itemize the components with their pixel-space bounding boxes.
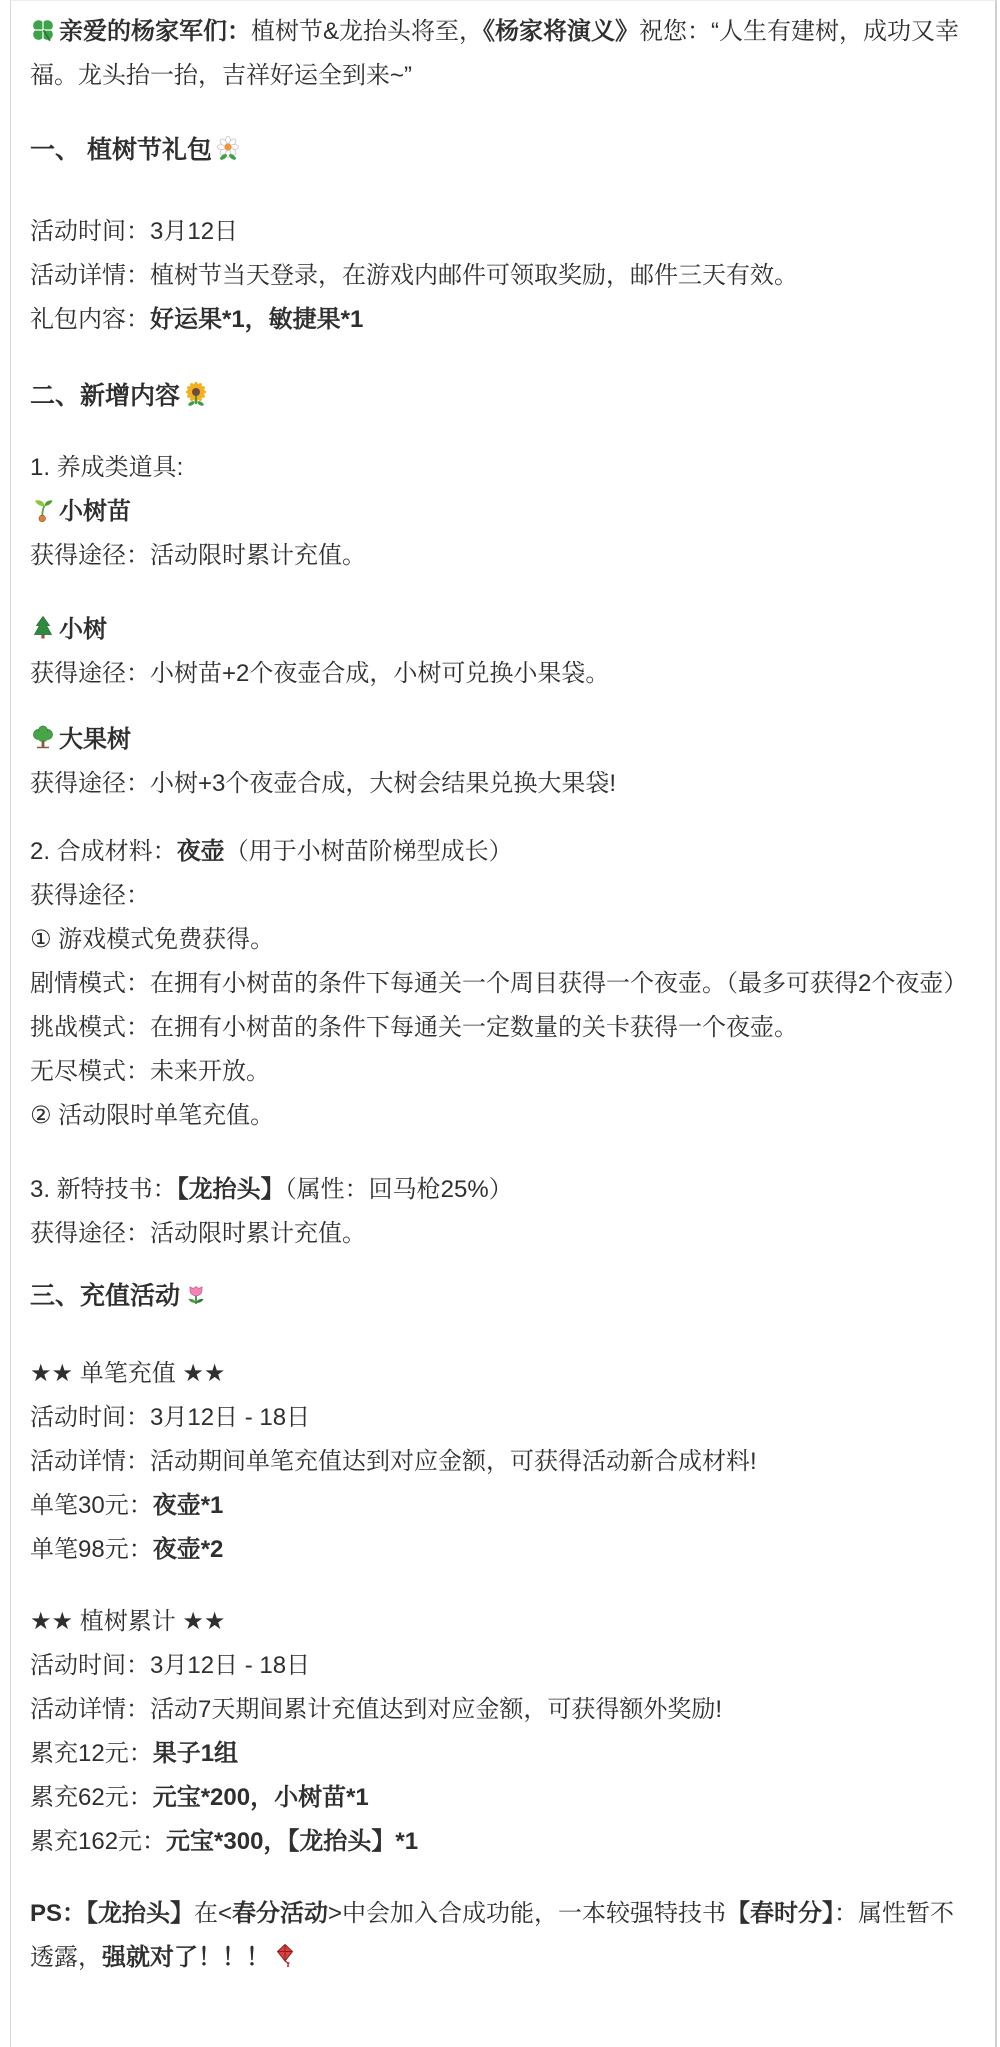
material-label: 2. 合成材料：	[30, 838, 177, 865]
ps-emphasis: 强就对了！！！	[102, 1944, 270, 1971]
tier-label: 单笔98元：	[30, 1536, 153, 1563]
ps-text-1: 在<	[194, 1900, 232, 1927]
announcement-content: 亲爱的杨家军们：植树节&龙抬头将至，《杨家将演义》祝您：“人生有建树，成功又幸福…	[30, 10, 968, 1980]
section2-p8: ② 活动限时单笔充值。	[30, 1094, 968, 1138]
tier-reward: 元宝*200，小树苗*1	[153, 1784, 369, 1811]
ps-event-name: 春分活动	[232, 1900, 328, 1927]
kite-icon	[273, 1940, 299, 1966]
section1-detail: 活动详情：植树节当天登录，在游戏内邮件可领取奖励，邮件三天有效。	[30, 254, 968, 298]
tier-reward: 夜壶*1	[153, 1492, 224, 1519]
item-sapling-name: 小树苗	[30, 490, 968, 534]
section3-heading-text: 三、充值活动	[30, 1282, 180, 1310]
item-smalltree-label: 小树	[59, 616, 107, 643]
item-smalltree-name: 小树	[30, 608, 968, 652]
intro-text-1: 植树节&龙抬头将至，	[251, 18, 483, 45]
ps-new-book: 【春时分】	[726, 1900, 834, 1927]
item-smalltree-way: 获得途径：小树苗+2个夜壶合成，小树可兑换小果袋。	[30, 652, 968, 696]
single-recharge-detail: 活动详情：活动期间单笔充值达到对应金额，可获得活动新合成材料!	[30, 1440, 968, 1484]
tier-label: 单笔30元：	[30, 1492, 153, 1519]
material-name: 夜壶	[177, 838, 225, 865]
evergreen-tree-icon	[30, 612, 56, 638]
gift-content-label: 礼包内容：	[30, 306, 150, 333]
single-recharge-tier1: 单笔30元：夜壶*1	[30, 1484, 968, 1528]
intro-paragraph: 亲爱的杨家军们：植树节&龙抬头将至，《杨家将演义》祝您：“人生有建树，成功又幸福…	[30, 10, 968, 98]
section2-p4: ① 游戏模式免费获得。	[30, 918, 968, 962]
skillbook-attr: （属性：回马枪25%）	[285, 1176, 513, 1203]
section2-heading-text: 二、新增内容	[30, 382, 180, 410]
sunflower-icon	[183, 376, 209, 402]
material-note: （用于小树苗阶梯型成长）	[225, 838, 513, 865]
cumulative-tier2: 累充62元：元宝*200，小树苗*1	[30, 1776, 968, 1820]
skillbook-label: 3. 新特技书：	[30, 1176, 177, 1203]
blossom-icon	[215, 130, 241, 156]
game-title: 《杨家将演义》	[483, 18, 639, 45]
section1-heading-text: 一、 植树节礼包	[30, 136, 212, 164]
item-sapling-way: 获得途径：活动限时累计充值。	[30, 534, 968, 578]
item-bigtree-label: 大果树	[59, 726, 131, 753]
section1-time: 活动时间：3月12日	[30, 210, 968, 254]
section2-p9: 3. 新特技书：【龙抬头】（属性：回马枪25%）	[30, 1168, 968, 1212]
section2-p6: 挑战模式：在拥有小树苗的条件下每通关一定数量的关卡获得一个夜壶。	[30, 1006, 968, 1050]
ps-text-2: >中会加入合成功能，一本较强特技书	[328, 1900, 726, 1927]
section2-p5: 剧情模式：在拥有小树苗的条件下每通关一个周目获得一个夜壶。（最多可获得2个夜壶）	[30, 962, 968, 1006]
section1-heading: 一、 植树节礼包	[30, 126, 968, 174]
tulip-icon	[183, 1276, 209, 1302]
cumulative-recharge-title: ★★ 植树累计 ★★	[30, 1600, 968, 1644]
clover-icon	[30, 14, 56, 40]
announcement-page: 亲爱的杨家军们：植树节&龙抬头将至，《杨家将演义》祝您：“人生有建树，成功又幸福…	[10, 0, 997, 2047]
tier-reward: 夜壶*2	[153, 1536, 224, 1563]
gift-content-value: 好运果*1，敏捷果*1	[150, 306, 363, 333]
tier-label: 累充162元：	[30, 1828, 166, 1855]
section2-p2: 2. 合成材料：夜壶（用于小树苗阶梯型成长）	[30, 830, 968, 874]
cumulative-recharge-time: 活动时间：3月12日 - 18日	[30, 1644, 968, 1688]
intro-greeting: 亲爱的杨家军们：	[59, 18, 251, 45]
section2-p1: 1. 养成类道具:	[30, 446, 968, 490]
seedling-icon	[30, 494, 56, 520]
single-recharge-title: ★★ 单笔充值 ★★	[30, 1352, 968, 1396]
item-sapling-label: 小树苗	[59, 498, 131, 525]
cumulative-tier1: 累充12元：果子1组	[30, 1732, 968, 1776]
section2-p10: 获得途径：活动限时累计充值。	[30, 1212, 968, 1256]
ps-skillbook: 【龙抬头】	[86, 1900, 194, 1927]
section2-p7: 无尽模式：未来开放。	[30, 1050, 968, 1094]
single-recharge-tier2: 单笔98元：夜壶*2	[30, 1528, 968, 1572]
tier-label: 累充62元：	[30, 1784, 153, 1811]
single-recharge-time: 活动时间：3月12日 - 18日	[30, 1396, 968, 1440]
tier-reward: 元宝*300，【龙抬头】*1	[166, 1828, 418, 1855]
item-bigtree-way: 获得途径：小树+3个夜壶合成，大树会结果兑换大果袋!	[30, 762, 968, 806]
skillbook-name: 【龙抬头】	[177, 1176, 285, 1203]
deciduous-tree-icon	[30, 722, 56, 748]
tier-reward: 果子1组	[153, 1740, 238, 1767]
ps-label: PS：	[30, 1900, 86, 1927]
section2-heading: 二、新增内容	[30, 372, 968, 420]
section2-p3: 获得途径：	[30, 874, 968, 918]
item-bigtree-name: 大果树	[30, 718, 968, 762]
section1-content: 礼包内容：好运果*1，敏捷果*1	[30, 298, 968, 342]
tier-label: 累充12元：	[30, 1740, 153, 1767]
cumulative-tier3: 累充162元：元宝*300，【龙抬头】*1	[30, 1820, 968, 1864]
ps-paragraph: PS：【龙抬头】在<春分活动>中会加入合成功能，一本较强特技书【春时分】：属性暂…	[30, 1892, 968, 1980]
section3-heading: 三、充值活动	[30, 1272, 968, 1320]
cumulative-recharge-detail: 活动详情：活动7天期间累计充值达到对应金额，可获得额外奖励!	[30, 1688, 968, 1732]
